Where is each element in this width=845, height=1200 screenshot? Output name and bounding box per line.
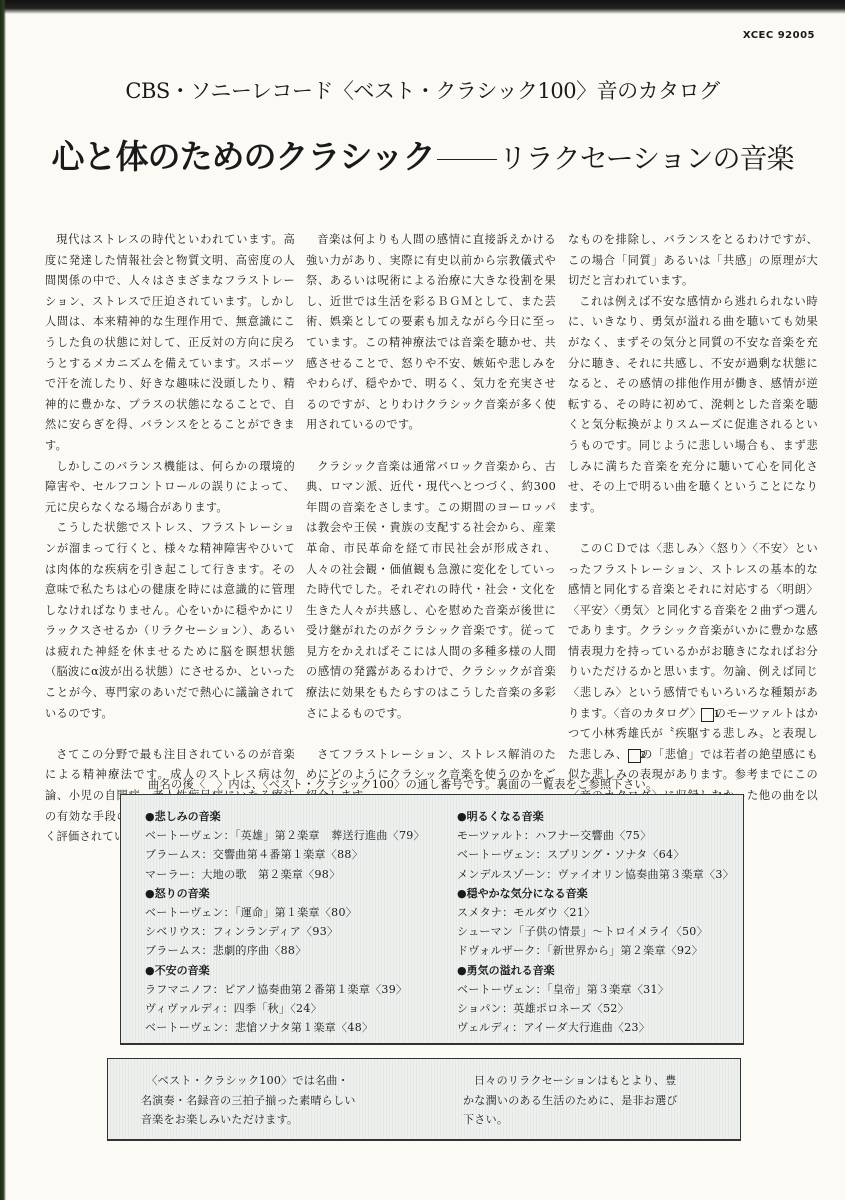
music-list-left: ●悲しみの音楽 ベートーヴェン：「英雄」第２楽章 葬送行進曲〈79〉 ブラームス… — [145, 807, 425, 1037]
category-heading: ●怒りの音楽 — [145, 884, 425, 903]
closing-text: 〈ベスト・クラシック100〉では名曲・名演奏・名録音の三拍子揃った素晴らしい音楽… — [141, 1071, 356, 1130]
scan-edge-top — [0, 0, 845, 14]
closing-left: 〈ベスト・クラシック100〉では名曲・名演奏・名録音の三拍子揃った素晴らしい音楽… — [141, 1071, 356, 1130]
list-item: マーラー：大地の歌 第２楽章〈98〉 — [145, 865, 425, 884]
list-note: 曲名の後〈 〉内は、〈ベスト・クラシック100〉の通し番号です。裏面の一覧表をご… — [148, 776, 658, 792]
category-heading: ●不安の音楽 — [145, 961, 425, 980]
ref-number-box: 1 — [701, 708, 714, 722]
catalog-number: XCEC 92005 — [743, 30, 815, 41]
paragraph: しかしこのバランス機能は、何らかの環境的障害や、セルフコントロールの誤りによって… — [45, 457, 295, 519]
category-heading: ●悲しみの音楽 — [145, 807, 425, 826]
scan-edge-left — [0, 0, 6, 1200]
music-list-right: ●明るくなる音楽 モーツァルト：ハフナー交響曲〈75〉 ベートーヴェン：スプリン… — [457, 807, 734, 1037]
body-column-3: なものを排除し、バランスをとるわけですが、この場合「同質」あるいは「共感」の原理… — [568, 230, 818, 827]
closing-right: 日々のリラクセーションはもとより、豊かな潤いのある生活のために、是非お選び下さい… — [463, 1071, 683, 1130]
closing-box: 〈ベスト・クラシック100〉では名曲・名演奏・名録音の三拍子揃った素晴らしい音楽… — [107, 1058, 741, 1141]
list-item: ブラームス：交響曲第４番第１楽章〈88〉 — [145, 845, 425, 864]
paragraph: これは例えば不安な感情から逃れられない時に、いきなり、勇気が溢れる曲を聴いても効… — [568, 292, 818, 519]
list-item: ベートーヴェン：「英雄」第２楽章 葬送行進曲〈79〉 — [145, 826, 425, 845]
list-item: シューマン「子供の情景」～トロイメライ〈50〉 — [457, 922, 734, 941]
list-item: スメタナ：モルダウ〈21〉 — [457, 903, 734, 922]
list-item: ショパン：英雄ポロネーズ〈52〉 — [457, 999, 734, 1018]
list-item: シベリウス：フィンランディア〈93〉 — [145, 922, 425, 941]
ref-number-box: 2 — [628, 749, 641, 763]
list-item: ベートーヴェン：「運命」第１楽章〈80〉 — [145, 903, 425, 922]
list-item: ブラームス：悲劇的序曲〈88〉 — [145, 941, 425, 960]
list-item: ヴェルディ：アイーダ大行進曲〈23〉 — [457, 1018, 734, 1037]
category-heading: ●勇気の溢れる音楽 — [457, 961, 734, 980]
list-item: メンデルスゾーン：ヴァイオリン協奏曲第３楽章〈3〉 — [457, 865, 734, 884]
closing-text: 日々のリラクセーションはもとより、豊かな潤いのある生活のために、是非お選び下さい… — [463, 1071, 683, 1130]
list-item: モーツァルト：ハフナー交響曲〈75〉 — [457, 826, 734, 845]
list-item: ラフマニノフ：ピアノ協奏曲第２番第１楽章〈39〉 — [145, 980, 425, 999]
list-item: ベートーヴェン：「皇帝」第３楽章〈31〉 — [457, 980, 734, 999]
title-dash — [437, 159, 497, 160]
page-subtitle: CBS・ソニーレコード〈ベスト・クラシック100〉音のカタログ — [0, 75, 845, 105]
paragraph: 音楽は何よりも人間の感情に直接訴えかける強い力があり、実際に有史以前から宗教儀式… — [306, 230, 556, 436]
music-list-box: ●悲しみの音楽 ベートーヴェン：「英雄」第２楽章 葬送行進曲〈79〉 ブラームス… — [120, 794, 744, 1045]
category-heading: ●穏やかな気分になる音楽 — [457, 884, 734, 903]
title-sub: リラクセーションの音楽 — [499, 142, 794, 175]
list-item: ベートーヴェン：スプリング・ソナタ〈64〉 — [457, 845, 734, 864]
paragraph: 現代はストレスの時代といわれています。高度に発達した情報社会と物質文明、高密度の… — [45, 230, 295, 457]
list-item: ドヴォルザーク：「新世界から」第２楽章〈92〉 — [457, 941, 734, 960]
category-heading: ●明るくなる音楽 — [457, 807, 734, 826]
list-item: ベートーヴェン：悲愴ソナタ第１楽章〈48〉 — [145, 1018, 425, 1037]
body-column-2: 音楽は何よりも人間の感情に直接訴えかける強い力があり、実際に有史以前から宗教儀式… — [306, 230, 556, 848]
list-item: ヴィヴァルディ：四季「秋」〈24〉 — [145, 999, 425, 1018]
paragraph: なものを排除し、バランスをとるわけですが、この場合「同質」あるいは「共感」の原理… — [568, 230, 818, 292]
body-column-1: 現代はストレスの時代といわれています。高度に発達した情報社会と物質文明、高密度の… — [45, 230, 295, 848]
paragraph: クラシック音楽は通常バロック音楽から、古典、ロマン派、近代・現代へとつづく、約3… — [306, 457, 556, 725]
paragraph: こうした状態でストレス、フラストレーションが溜まって行くと、様々な精神障害やひい… — [45, 518, 295, 724]
page-title: 心と体のためのクラシックリラクセーションの音楽 — [0, 131, 845, 178]
title-main: 心と体のためのクラシック — [51, 137, 434, 176]
